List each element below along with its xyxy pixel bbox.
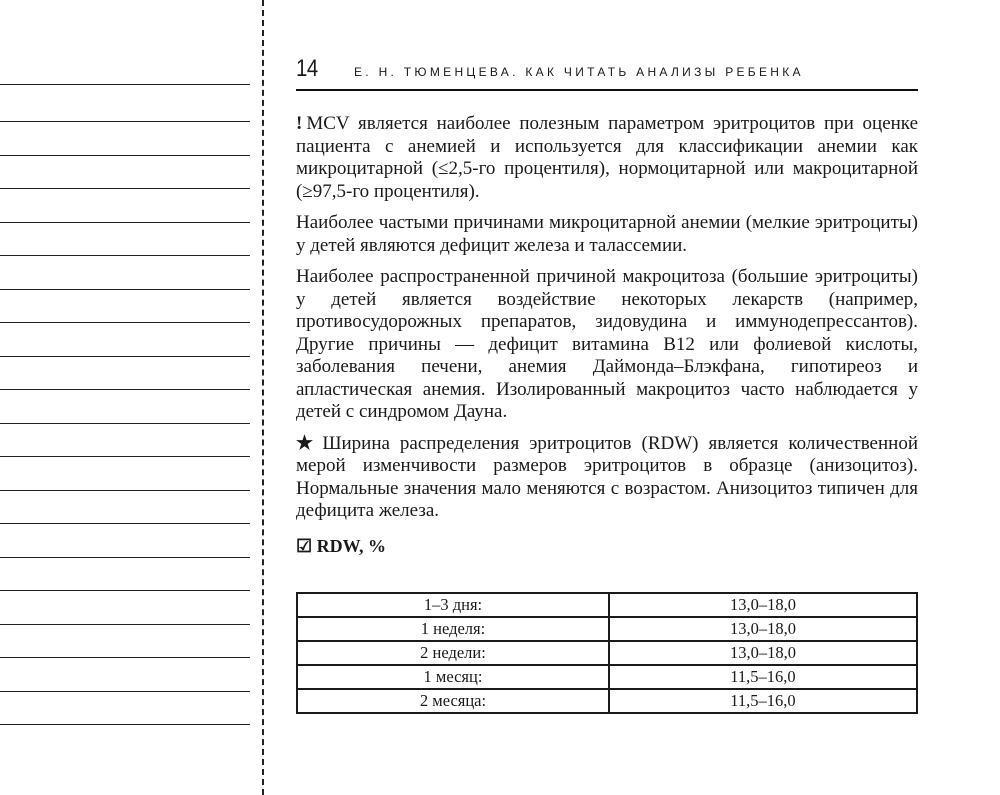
rdw-heading: ☑ RDW, % — [296, 535, 918, 558]
note-line — [0, 84, 250, 85]
note-line — [0, 389, 250, 390]
note-line — [0, 289, 250, 290]
table-row: 1 месяц:11,5–16,0 — [297, 665, 917, 689]
book-title: Е. Н. ТЮМЕНЦЕВА. КАК ЧИТАТЬ АНАЛИЗЫ РЕБЕ… — [354, 65, 804, 79]
table-row: 1–3 дня:13,0–18,0 — [297, 593, 917, 617]
content: !MCV является наиболее полезным параметр… — [296, 113, 918, 557]
note-line — [0, 121, 250, 122]
running-head: 14 Е. Н. ТЮМЕНЦЕВА. КАК ЧИТАТЬ АНАЛИЗЫ Р… — [296, 55, 918, 91]
notes-area — [0, 0, 250, 795]
range-cell: 13,0–18,0 — [609, 641, 917, 665]
note-line — [0, 255, 250, 256]
paragraph-macrocytosis: Наиболее распространенной причиной макро… — [296, 266, 918, 424]
note-line — [0, 624, 250, 625]
note-line — [0, 356, 250, 357]
star-icon: ★ — [296, 433, 318, 454]
note-line — [0, 523, 250, 524]
note-line — [0, 155, 250, 156]
age-cell: 1 неделя: — [297, 617, 609, 641]
note-line — [0, 691, 250, 692]
note-line — [0, 188, 250, 189]
note-line — [0, 222, 250, 223]
checkbox-icon: ☑ — [296, 536, 312, 556]
range-cell: 13,0–18,0 — [609, 593, 917, 617]
age-cell: 2 недели: — [297, 641, 609, 665]
note-line — [0, 423, 250, 424]
note-line — [0, 456, 250, 457]
table-row: 1 неделя:13,0–18,0 — [297, 617, 917, 641]
paragraph-rdw: ★Ширина распределения эритроцитов (RDW) … — [296, 433, 918, 523]
note-line — [0, 657, 250, 658]
page-number: 14 — [296, 55, 330, 83]
range-cell: 11,5–16,0 — [609, 665, 917, 689]
table-row: 2 месяца:11,5–16,0 — [297, 689, 917, 713]
paragraph-microcytic: Наиболее частыми причинами микроцитарной… — [296, 212, 918, 257]
range-cell: 13,0–18,0 — [609, 617, 917, 641]
range-cell: 11,5–16,0 — [609, 689, 917, 713]
cut-line — [262, 0, 264, 795]
paragraph-mcv: !MCV является наиболее полезным параметр… — [296, 113, 918, 203]
note-line — [0, 322, 250, 323]
age-cell: 2 месяца: — [297, 689, 609, 713]
age-cell: 1–3 дня: — [297, 593, 609, 617]
age-cell: 1 месяц: — [297, 665, 609, 689]
exclamation-icon: ! — [296, 113, 302, 134]
page: 14 Е. Н. ТЮМЕНЦЕВА. КАК ЧИТАТЬ АНАЛИЗЫ Р… — [296, 55, 918, 557]
note-line — [0, 724, 250, 725]
note-line — [0, 590, 250, 591]
table-row: 2 недели:13,0–18,0 — [297, 641, 917, 665]
note-line — [0, 490, 250, 491]
note-line — [0, 557, 250, 558]
rdw-reference-table: 1–3 дня:13,0–18,01 неделя:13,0–18,02 нед… — [296, 592, 918, 714]
